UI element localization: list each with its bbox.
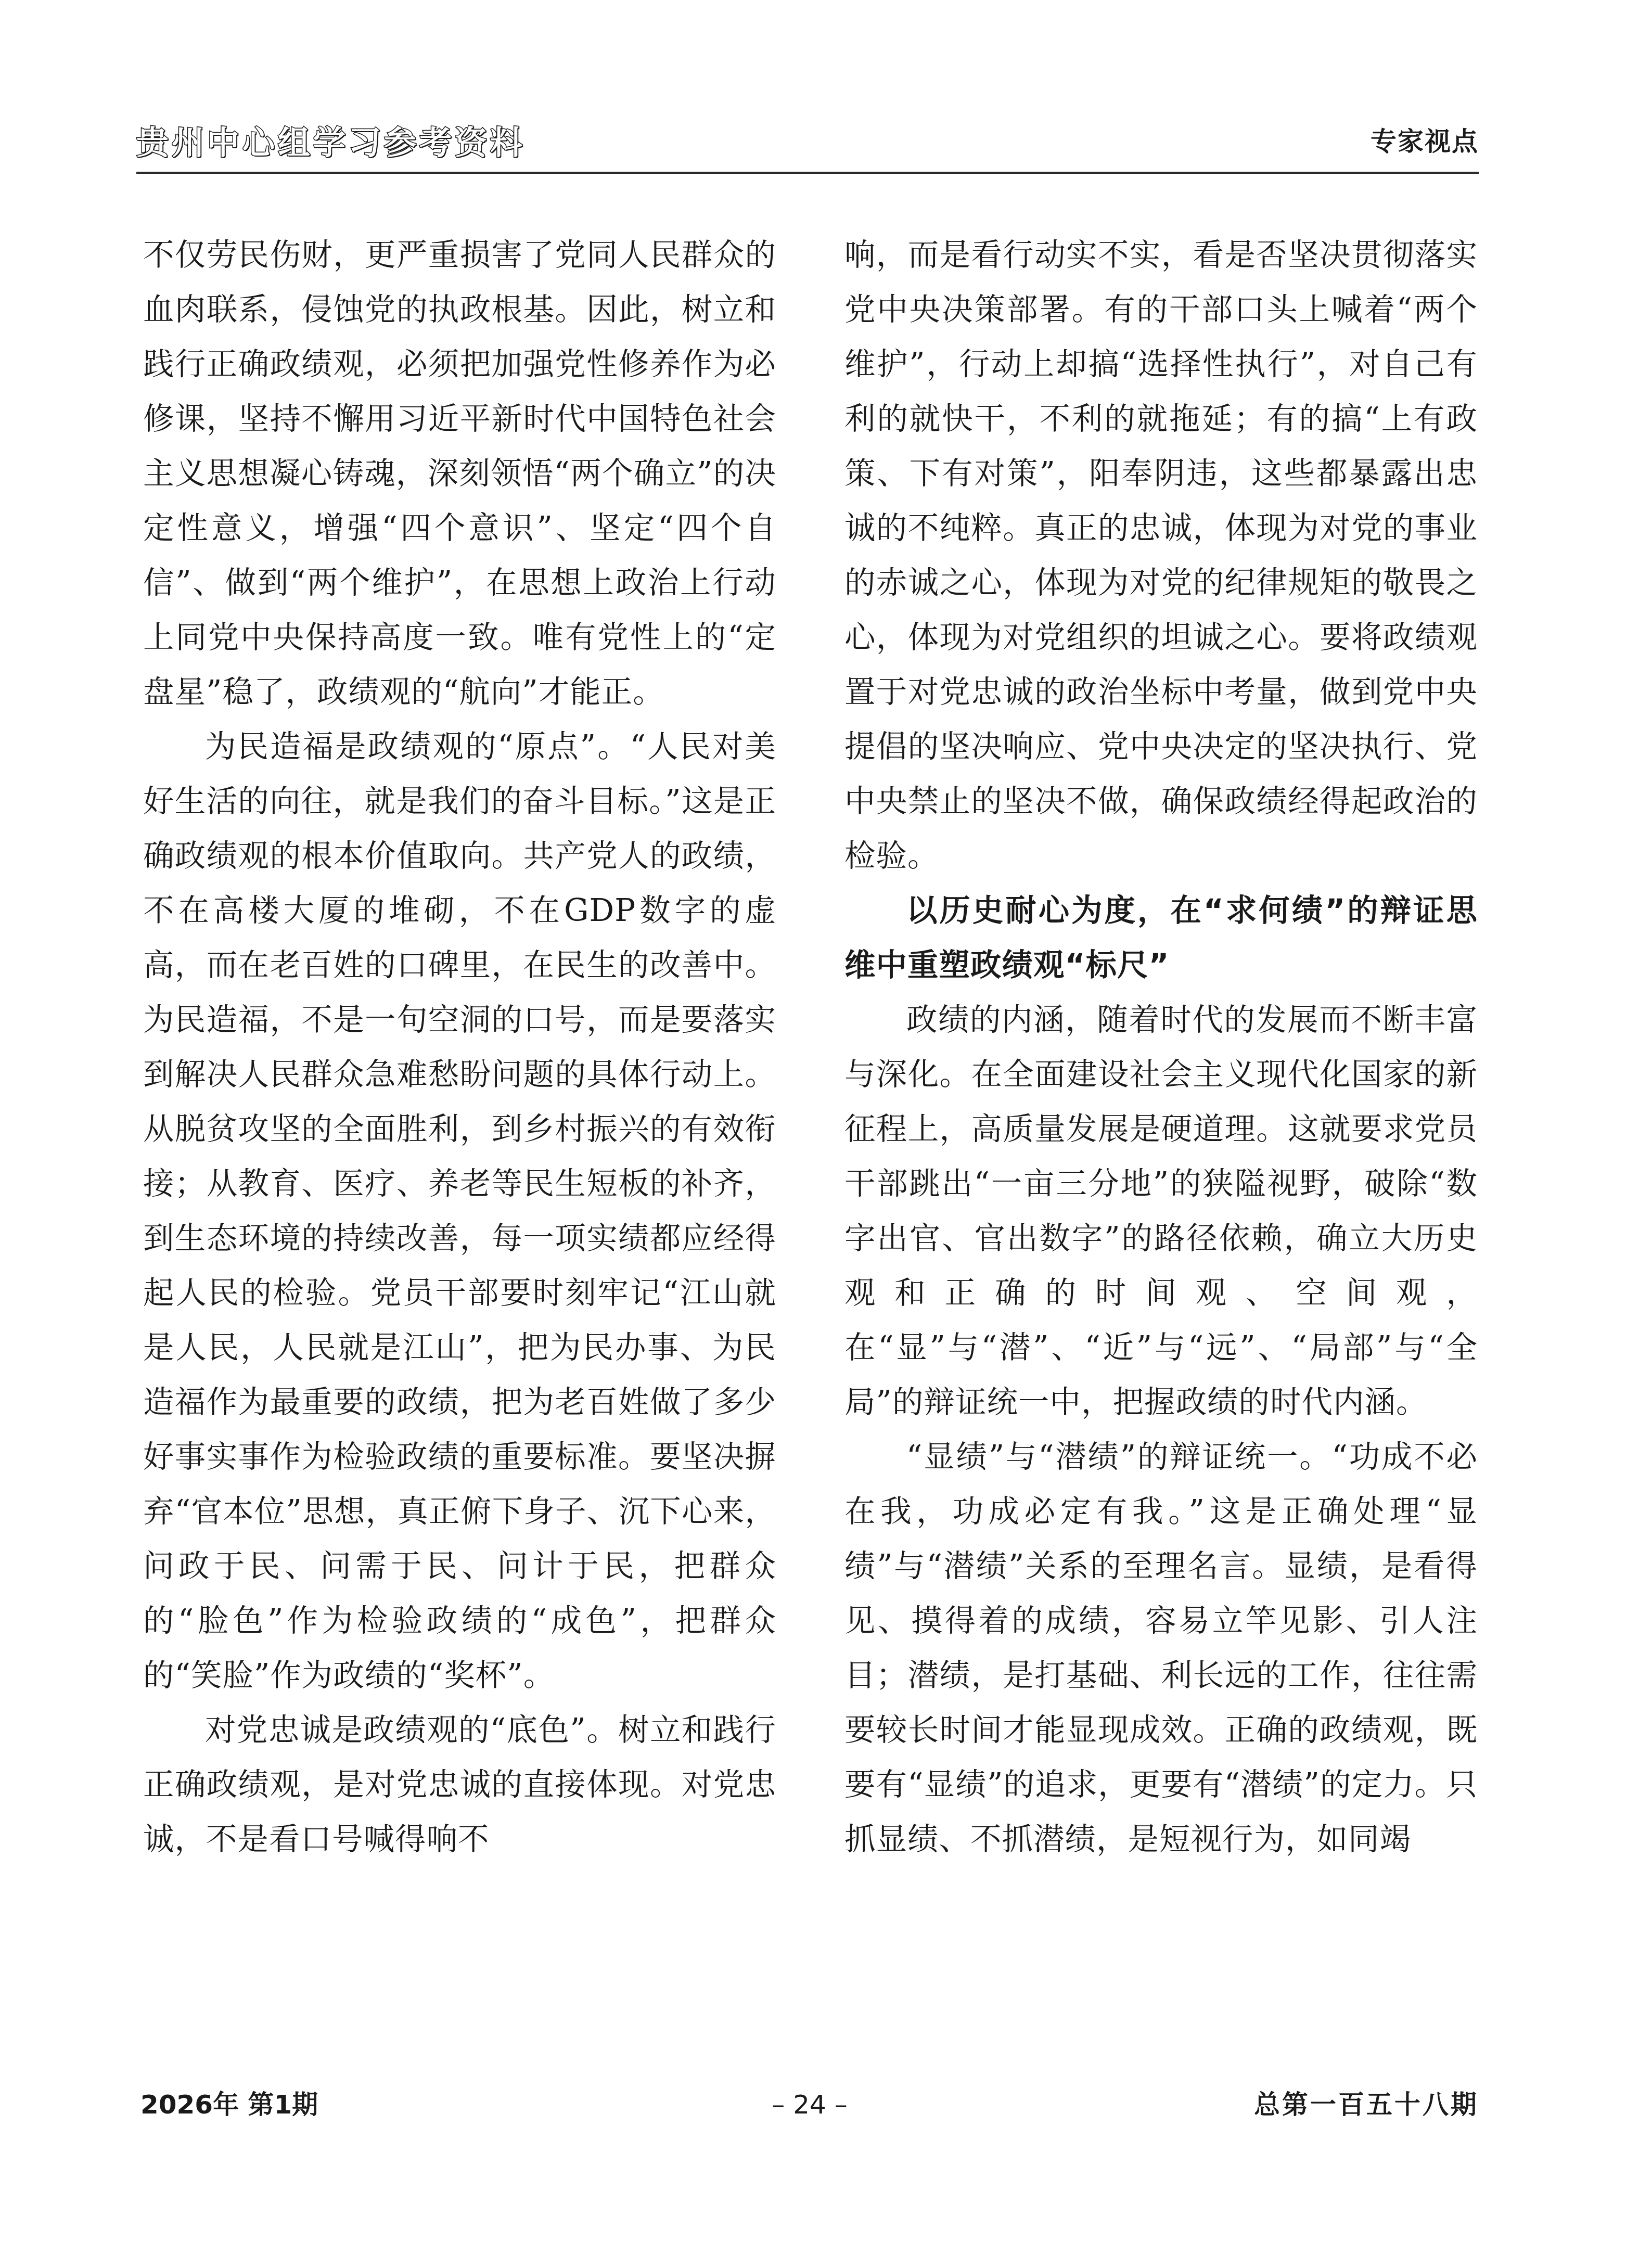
paragraph: 为民造福是政绩观的“原点”。“人民对美好生活的向往，就是我们的奋斗目标。”这是正…	[143, 720, 776, 1703]
journal-title: 贵州中心组学习参考资料	[136, 125, 526, 161]
running-header: 贵州中心组学习参考资料 专家视点	[136, 119, 1479, 165]
section-label: 专家视点	[1371, 126, 1479, 157]
left-column: 不仅劳民伤财，更严重损害了党同人民群众的血肉联系，侵蚀党的执政根基。因此，树立和…	[143, 228, 776, 1867]
section-heading: 以历史耐心为度，在“求何绩”的辩证思维中重塑政绩观“标尺”	[844, 883, 1478, 993]
total-issue-label: 总第一百五十八期	[1254, 2086, 1479, 2123]
right-column: 响，而是看行动实不实，看是否坚决贯彻落实党中央决策部署。有的干部口头上喊着“两个…	[844, 228, 1478, 1867]
paragraph: 对党忠诚是政绩观的“底色”。树立和践行正确政绩观，是对党忠诚的直接体现。对党忠诚…	[143, 1703, 776, 1867]
header-divider	[136, 172, 1479, 174]
paragraph-continuation: 不仅劳民伤财，更严重损害了党同人民群众的血肉联系，侵蚀党的执政根基。因此，树立和…	[143, 228, 776, 720]
page-footer: 2026年 第1期 – 24 – 总第一百五十八期	[140, 2086, 1479, 2123]
paragraph: “显绩”与“潜绩”的辩证统一。“功成不必在我，功成必定有我。”这是正确处理“显绩…	[844, 1430, 1478, 1867]
paragraph: 政绩的内涵，随着时代的发展而不断丰富与深化。在全面建设社会主义现代化国家的新征程…	[844, 993, 1478, 1430]
paragraph-continuation: 响，而是看行动实不实，看是否坚决贯彻落实党中央决策部署。有的干部口头上喊着“两个…	[844, 228, 1478, 883]
